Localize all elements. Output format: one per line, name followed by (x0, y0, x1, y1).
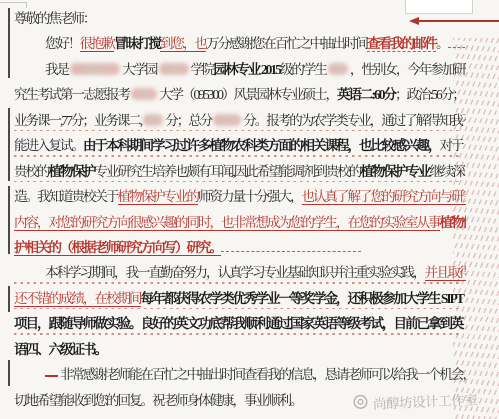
redaction-blur (213, 114, 241, 126)
text-line: 本科学习期间，我一直勤奋努力，认真学习专业基础知识并注重实验实践，并且取得了 (14, 260, 466, 285)
text-segment: 尊敬的焦老师： (14, 11, 95, 26)
text-segment: 业务课一,77分；业务课二, (14, 113, 141, 128)
text-segment: 也认真了解了您的研究方向与研究 (302, 189, 467, 205)
text-segment: 学院 (191, 62, 214, 77)
text-line: 尊敬的焦老师： (14, 6, 466, 31)
text-segment: 很抱歉 (80, 36, 115, 52)
change-bar (8, 8, 10, 78)
text-line: 还不错的成绩，在校期间每年都获得农学类优秀学业一等奖学金，还积极参加大学生 SI… (14, 286, 466, 311)
text-segment: 对于 (440, 138, 463, 153)
text-segment: 分；总分 (165, 113, 211, 128)
text-segment: 英语二:60分 (337, 87, 395, 102)
document-body: 尊敬的焦老师：您好！很抱歉冒昧打搅到您，也万分感谢您在百忙之中抽出时间查看我的邮… (14, 6, 466, 413)
text-segment: 项目，跟随导师做实验。良好的英文功底帮我顺利通过国家英语等级考试，目前已拿到英 (14, 316, 463, 331)
text-segment: 继续深 (429, 164, 464, 179)
text-line: 语四、六级证书。 (14, 337, 466, 362)
text-segment: 我是 (45, 62, 68, 77)
redaction-blur (70, 63, 120, 75)
text-line: 贵校的植物保护专业研究生培养也颇有耳闻,因此希望能调剂到贵校的植物保护专业继续深 (14, 159, 466, 184)
change-bar (8, 360, 10, 386)
text-segment: 还不错的成绩， (14, 291, 95, 307)
text-segment: 每年都获得农学类优秀学业一等奖学金，还积极参加大学生 SIPT (141, 291, 463, 306)
dotted-leader (221, 237, 361, 252)
text-segment: 。 (436, 36, 448, 51)
text-segment: 植物保护 (49, 164, 95, 179)
text-segment: 贵校的 (14, 164, 49, 179)
redaction-blur (328, 63, 348, 75)
text-segment: 由于本科期间学习过许多植物农科类方面的相关课程，也比较感兴趣， (83, 138, 440, 153)
text-segment: 语四、六级证书。 (14, 342, 106, 357)
red-annotation-mark (45, 375, 58, 377)
text-line: 究生考试第一志愿报考大学（095300）风景园林专业硕士，英语二:60分；政治:… (14, 82, 466, 107)
text-segment: 能进入复试。 (14, 138, 83, 153)
text-segment: 大学（095300）风景园林专业硕士， (159, 87, 337, 102)
text-segment: 究生考试第一志愿报考 (14, 87, 129, 102)
text-segment: 到您，也 (160, 36, 206, 52)
text-segment: 非常感谢老师能在百忙之中抽出时间查看我的信息，恳请老师可以给我一个机会，急 (60, 367, 466, 382)
text-line: 能进入复试。由于本科期间学习过许多植物农科类方面的相关课程，也比较感兴趣，对于 (14, 133, 466, 158)
text-segment: 万分感谢您在百忙之中抽出时间 (206, 36, 367, 51)
text-segment: 植物保 (440, 215, 467, 230)
text-segment: 您好！ (45, 36, 80, 51)
text-segment: 大学园 (122, 62, 157, 77)
text-segment: 在校期间 (95, 291, 141, 307)
text-line: 业务课一,77分；业务课二,分；总分分。报考的为农学类专业，通过了解得知我不 (14, 108, 466, 133)
text-segment: 植物保护专业 (360, 164, 429, 179)
text-segment: 师资力量十分强大， (198, 189, 302, 204)
text-segment: 级的学生 (280, 62, 326, 77)
text-segment: 园林专业 2015 (214, 62, 280, 77)
text-segment: 专业研究生培养也颇有耳闻,因此希望能调剂到贵校的 (95, 164, 361, 179)
change-bar (8, 108, 10, 181)
letter-document-page: 尊敬的焦老师：您好！很抱歉冒昧打搅到您，也万分感谢您在百忙之中抽出时间查看我的邮… (0, 0, 499, 419)
text-line: 我是大学园学院园林专业 2015级的学生，性别女，今年参加研 (14, 57, 466, 82)
text-segment: ，性别女，今年参加研 (350, 62, 465, 77)
text-segment: 分。报考的为农学类专业，通过了解得知我不 (243, 113, 466, 128)
text-line: 造。我知道贵校关于植物保护专业的师资力量十分强大，也认真了解了您的研究方向与研究 (14, 184, 466, 209)
change-bar (8, 186, 10, 254)
text-line: 您好！很抱歉冒昧打搅到您，也万分感谢您在百忙之中抽出时间查看我的邮件。 (14, 31, 466, 56)
text-segment: 本科学习期间，我一直勤奋努力，认真学习专业基础知识并注重实验实践， (45, 265, 425, 280)
text-segment: 查看我的邮件 (367, 36, 436, 52)
redaction-blur (159, 63, 189, 75)
redaction-blur (131, 88, 157, 100)
text-segment: 冒昧打搅 (114, 36, 160, 51)
text-segment: 内容，对您的研究方向很感兴趣的同时，也非常想成为您的学生，在您的实验室从事 (14, 215, 440, 231)
text-segment: 切地希望能收到您的回复。祝老师身体健康，事业顺利。 (14, 393, 302, 408)
text-segment: 植物保护专业的 (118, 189, 199, 205)
text-line: 项目，跟随导师做实验。良好的英文功底帮我顺利通过国家英语等级考试，目前已拿到英 (14, 311, 466, 336)
text-segment: 造。我知道贵校关于 (14, 189, 118, 204)
text-line: 内容，对您的研究方向很感兴趣的同时，也非常想成为您的学生，在您的实验室从事植物保 (14, 210, 466, 235)
text-segment: ；政治:56分； (395, 87, 464, 102)
text-line: 护相关的（根据老师研究方向写）研究。 (14, 235, 466, 260)
text-line: 非常感谢老师能在百忙之中抽出时间查看我的信息，恳请老师可以给我一个机会，急 (14, 362, 466, 387)
change-bar (8, 286, 10, 312)
redaction-blur (143, 114, 163, 126)
text-segment: 并且取得了 (425, 265, 467, 281)
watermark-logo-icon (353, 394, 369, 413)
dotted-leader (448, 33, 467, 48)
text-segment: 护相关的（根据老师研究方向写）研究。 (14, 240, 221, 256)
